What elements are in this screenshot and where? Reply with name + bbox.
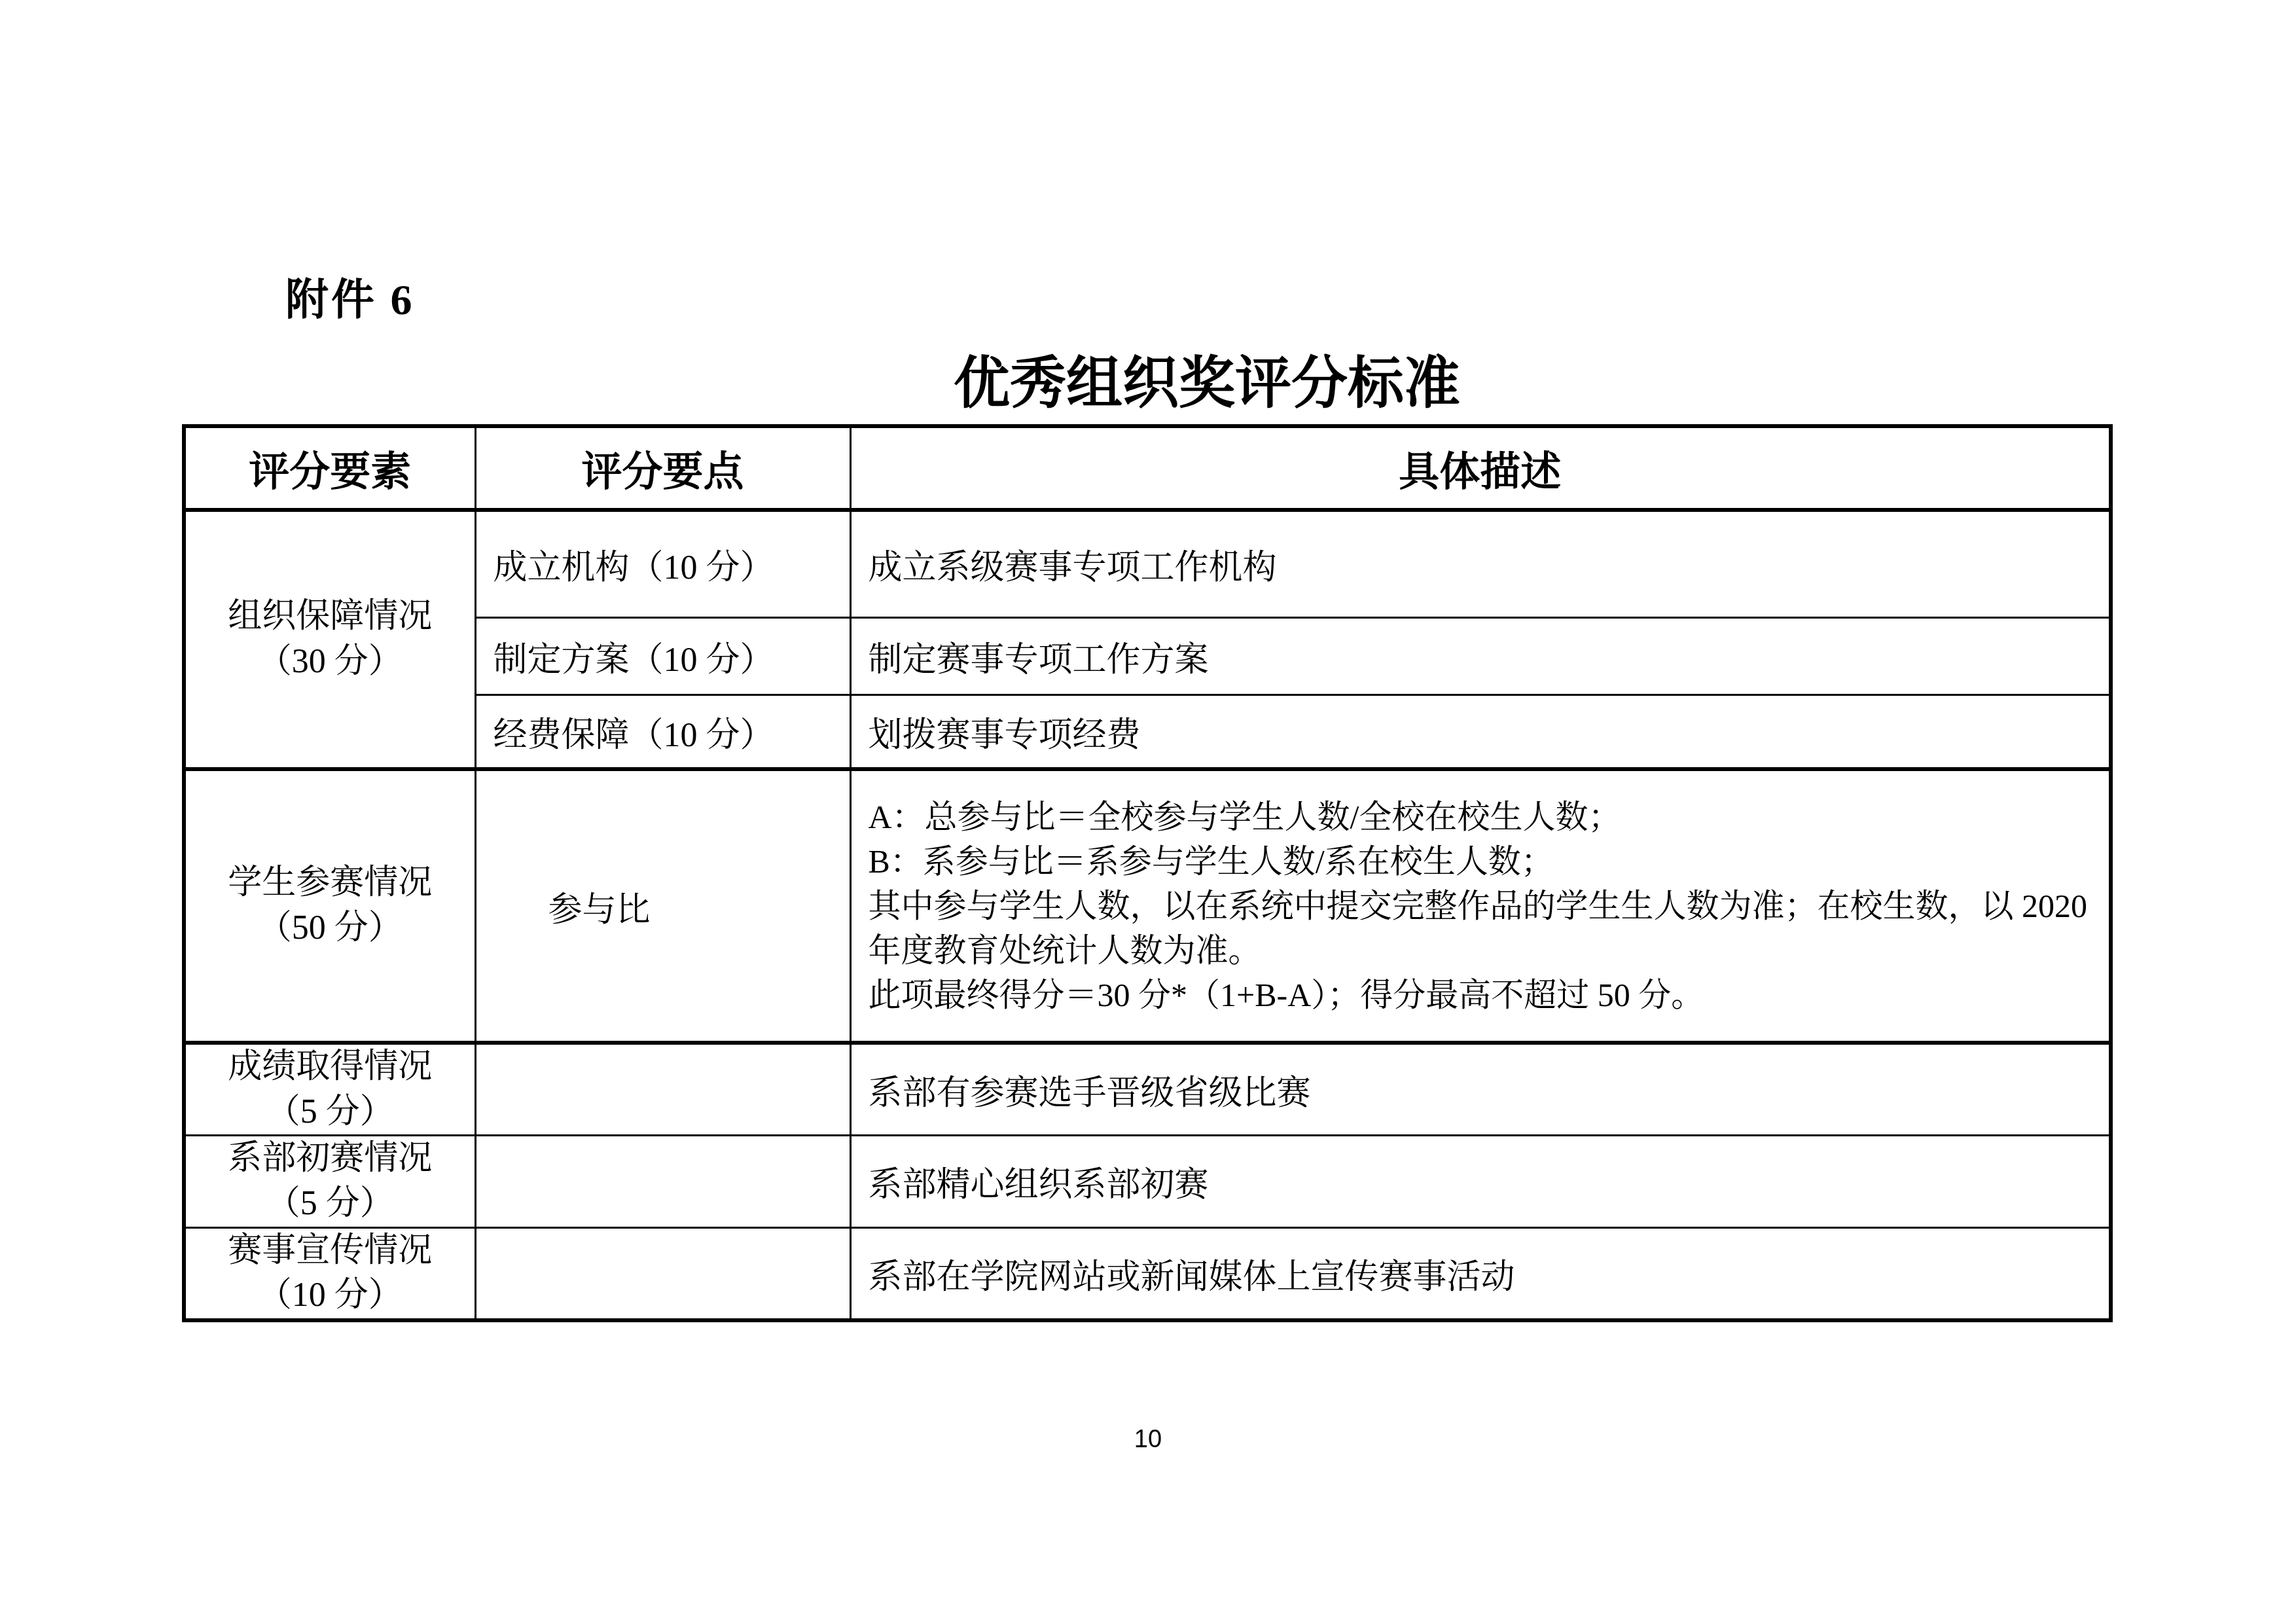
element-name: 成绩取得情况: [186, 1045, 475, 1090]
element-score: （5 分）: [186, 1090, 475, 1135]
page-number: 10: [0, 1426, 2296, 1454]
table-row-participation: 学生参赛情况 （50 分） 参与比 A：总参与比＝全校参与学生人数/全校在校生人…: [184, 769, 2111, 1043]
cell-desc-make-plan: 制定赛事专项工作方案: [850, 617, 2111, 695]
element-score: （50 分）: [186, 906, 475, 951]
cell-point-publicity: [475, 1227, 850, 1320]
cell-point-participation-ratio: 参与比: [475, 769, 850, 1043]
element-name: 学生参赛情况: [186, 861, 475, 906]
cell-point-results: [475, 1043, 850, 1136]
header-scoring-point: 评分要点: [475, 426, 850, 510]
table-row-results: 成绩取得情况 （5 分） 系部有参赛选手晋级省级比赛: [184, 1043, 2111, 1136]
cell-desc-results: 系部有参赛选手晋级省级比赛: [850, 1043, 2111, 1136]
element-score: （10 分）: [186, 1273, 475, 1318]
cell-element-publicity: 赛事宣传情况 （10 分）: [184, 1227, 475, 1320]
element-name: 系部初赛情况: [186, 1136, 475, 1182]
table-header-row: 评分要素 评分要点 具体描述: [184, 426, 2111, 510]
page-title: 优秀组织奖评分标准: [0, 338, 2296, 419]
cell-desc-publicity: 系部在学院网站或新闻媒体上宣传赛事活动: [850, 1227, 2111, 1320]
cell-point-funding: 经费保障（10 分）: [475, 695, 850, 769]
desc-line: A：总参与比＝全校参与学生人数/全校在校生人数；: [869, 795, 2096, 839]
attachment-label: 附件 6: [285, 264, 415, 327]
header-description: 具体描述: [850, 426, 2111, 510]
desc-line: 此项最终得分＝30 分*（1+B-A）；得分最高不超过 50 分。: [869, 973, 2096, 1017]
desc-line: B：系参与比＝系参与学生人数/系在校生人数；: [869, 839, 2096, 884]
cell-element-results: 成绩取得情况 （5 分）: [184, 1043, 475, 1136]
element-score: （30 分）: [186, 640, 475, 685]
document-page: 附件 6 优秀组织奖评分标准 评分要素 评分要点 具体描述 组织保障情况 （30…: [0, 0, 2296, 1624]
cell-point-preliminary: [475, 1136, 850, 1227]
cell-point-establish-org: 成立机构（10 分）: [475, 510, 850, 617]
header-scoring-element: 评分要素: [184, 426, 475, 510]
cell-element-student-participation: 学生参赛情况 （50 分）: [184, 769, 475, 1043]
cell-desc-funding: 划拨赛事专项经费: [850, 695, 2111, 769]
cell-desc-preliminary: 系部精心组织系部初赛: [850, 1136, 2111, 1227]
element-score: （5 分）: [186, 1182, 475, 1227]
cell-desc-participation-ratio: A：总参与比＝全校参与学生人数/全校在校生人数； B：系参与比＝系参与学生人数/…: [850, 769, 2111, 1043]
table-row-preliminary: 系部初赛情况 （5 分） 系部精心组织系部初赛: [184, 1136, 2111, 1227]
desc-line: 其中参与学生人数，以在系统中提交完整作品的学生生人数为准；在校生数，以 2020: [869, 884, 2096, 928]
table-row-establish-org: 组织保障情况 （30 分） 成立机构（10 分） 成立系级赛事专项工作机构: [184, 510, 2111, 617]
cell-desc-establish-org: 成立系级赛事专项工作机构: [850, 510, 2111, 617]
cell-point-make-plan: 制定方案（10 分）: [475, 617, 850, 695]
table-row-publicity: 赛事宣传情况 （10 分） 系部在学院网站或新闻媒体上宣传赛事活动: [184, 1227, 2111, 1320]
cell-element-preliminary: 系部初赛情况 （5 分）: [184, 1136, 475, 1227]
cell-element-org-guarantee: 组织保障情况 （30 分）: [184, 510, 475, 769]
desc-line: 年度教育处统计人数为准。: [869, 928, 2096, 973]
element-name: 组织保障情况: [186, 594, 475, 640]
element-name: 赛事宣传情况: [186, 1229, 475, 1274]
scoring-table: 评分要素 评分要点 具体描述 组织保障情况 （30 分） 成立机构（10 分） …: [182, 424, 2113, 1322]
